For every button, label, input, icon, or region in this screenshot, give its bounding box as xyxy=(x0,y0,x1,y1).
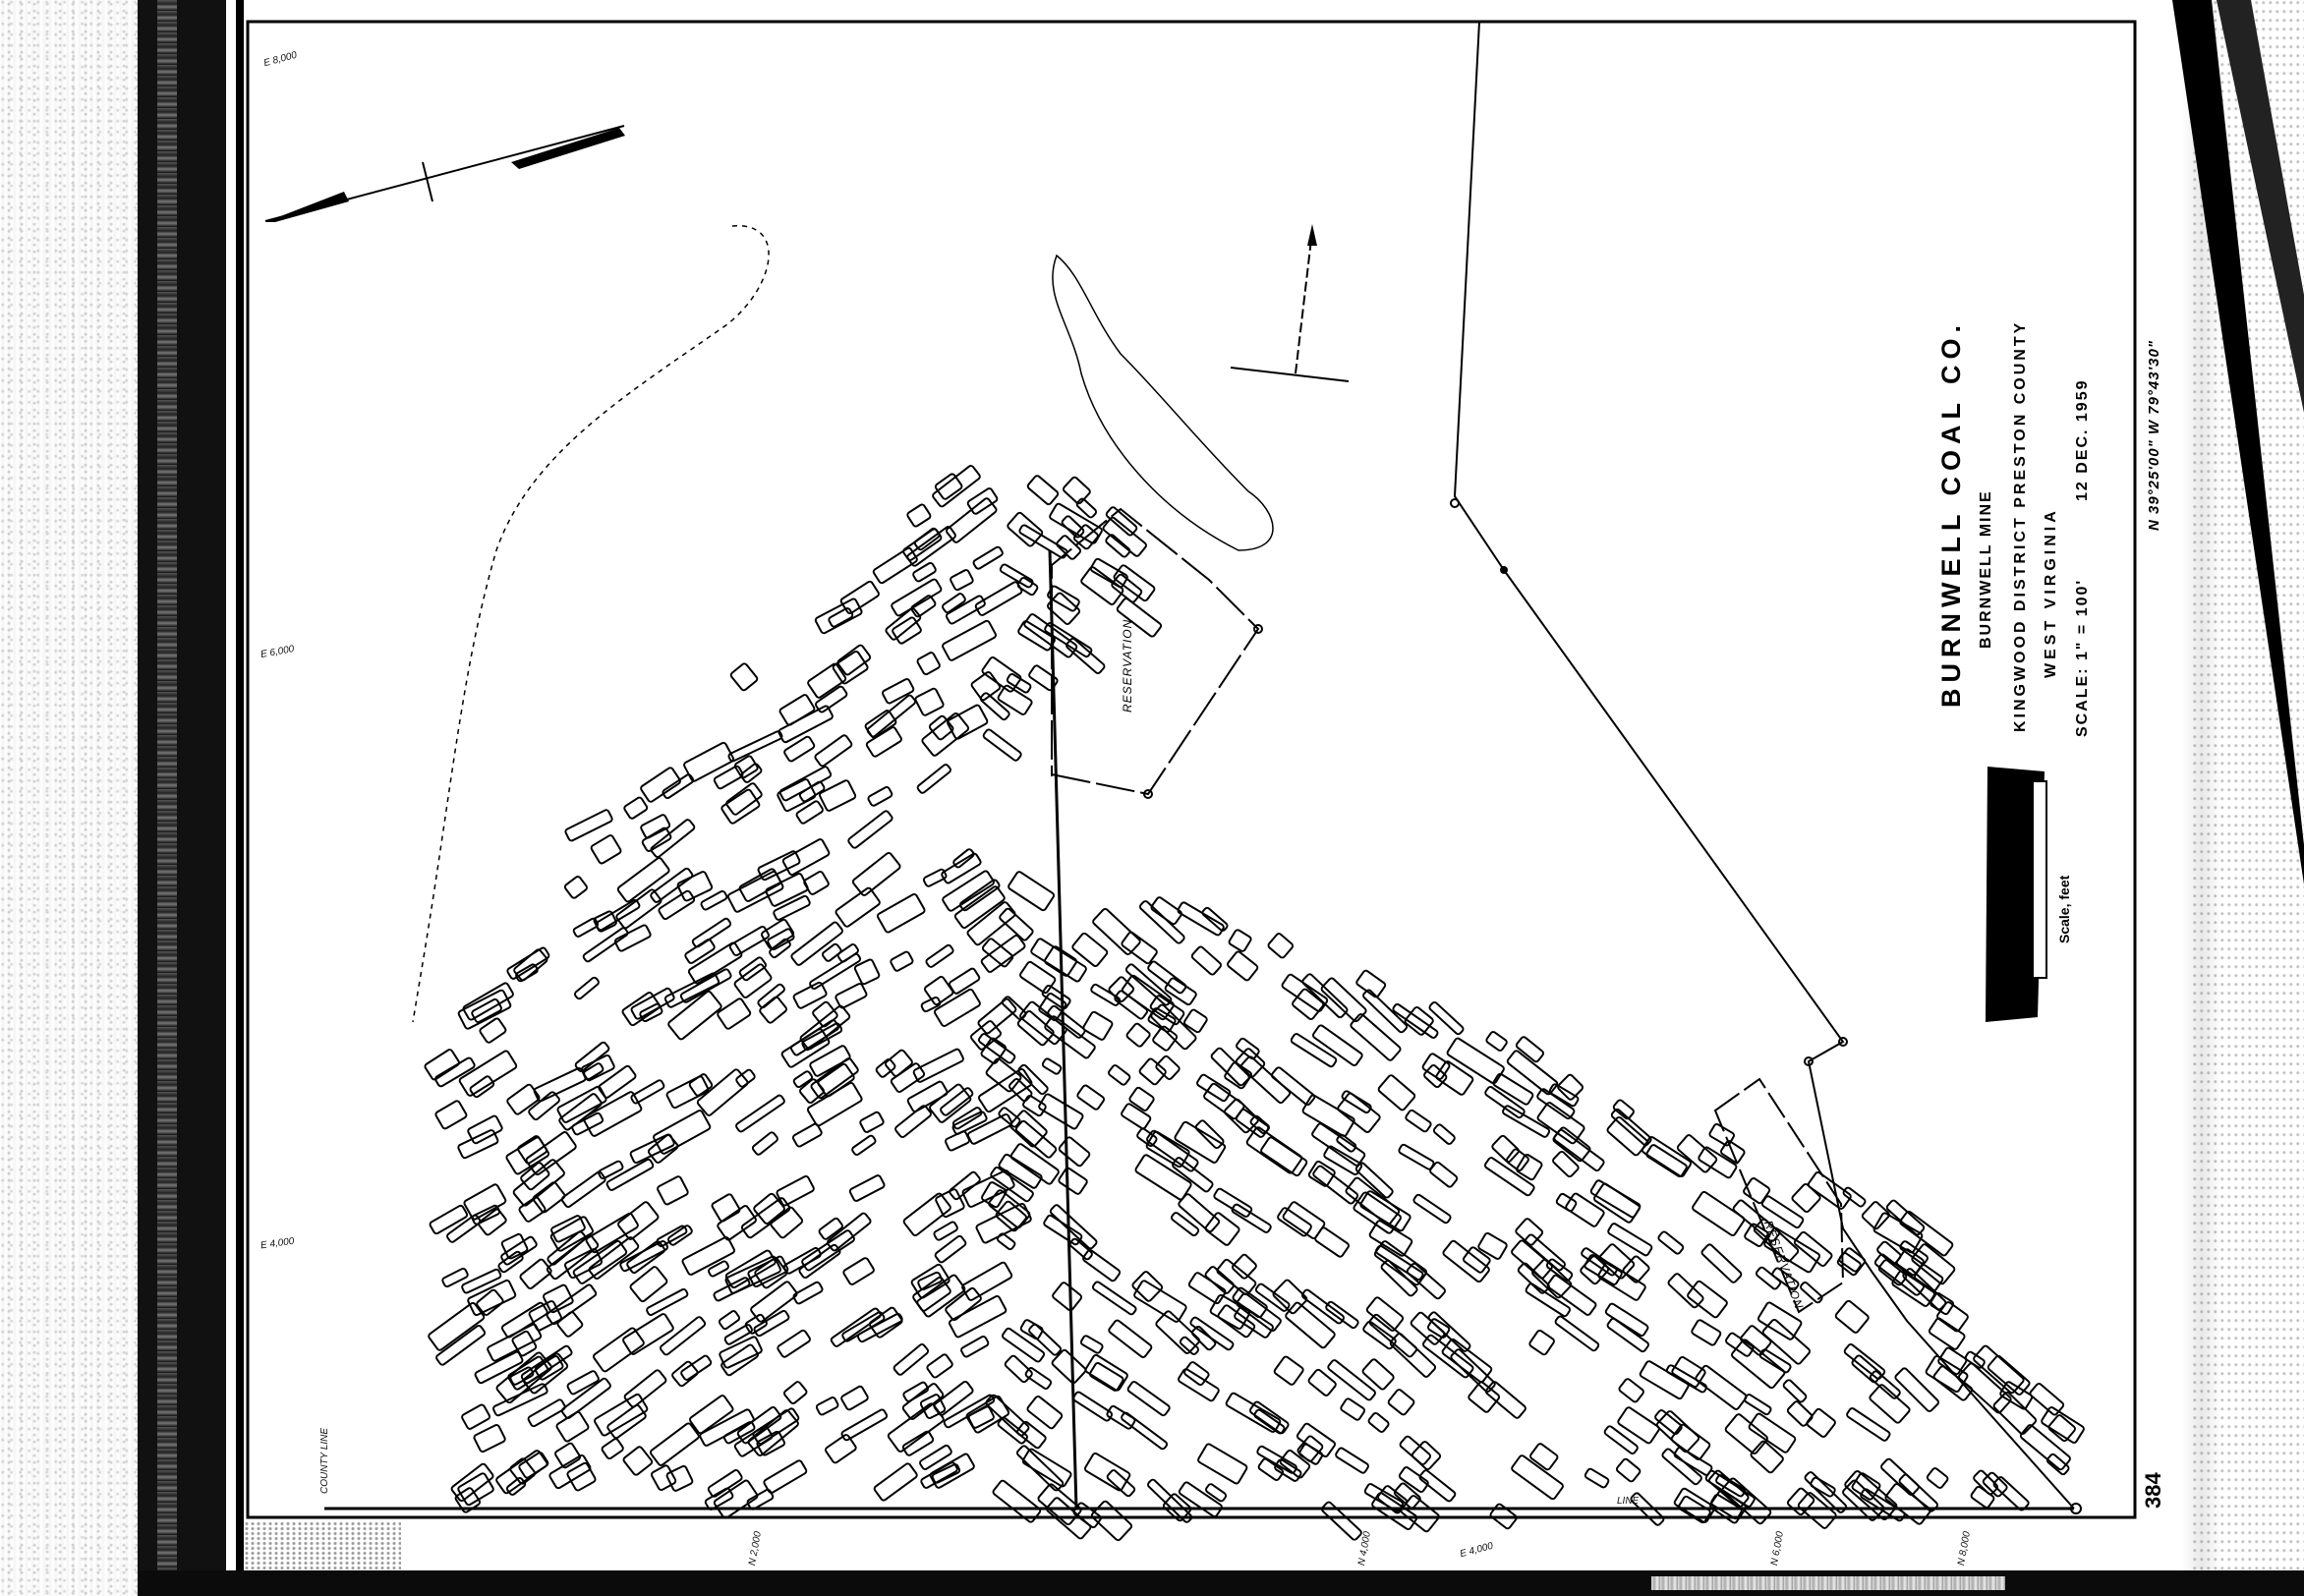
sheet-number: 384 xyxy=(2141,1472,2166,1509)
film-noise-bottom xyxy=(244,1521,401,1570)
reservation-label: RESERVATION xyxy=(1121,619,1134,712)
scale-bar-label: Scale, feet xyxy=(2056,876,2072,943)
county-line-label: COUNTY LINE xyxy=(319,1428,330,1494)
company-name: BURNWELL COAL CO. xyxy=(1936,319,1967,708)
district-county: KINGWOOD DISTRICT PRESTON COUNTY xyxy=(2012,320,2030,732)
film-edge-bottom-texture xyxy=(1651,1576,2005,1590)
lat-long-label: N 39°25'00" W 79°43'30" xyxy=(2146,340,2162,531)
boundary-line-label: LINE xyxy=(1617,1496,1639,1507)
map-date: 12 DEC. 1959 xyxy=(2074,378,2092,501)
map-scale: SCALE: 1" = 100' xyxy=(2074,579,2092,737)
mine-map-sheet: BURNWELL COAL CO. BURNWELL MINE KINGWOOD… xyxy=(0,0,2304,1596)
state-name: WEST VIRGINIA xyxy=(2043,507,2060,678)
mine-name: BURNWELL MINE xyxy=(1978,489,1995,649)
title-block: BURNWELL COAL CO. BURNWELL MINE KINGWOOD… xyxy=(1897,364,2113,737)
mine-map-drawing xyxy=(0,0,2304,1596)
